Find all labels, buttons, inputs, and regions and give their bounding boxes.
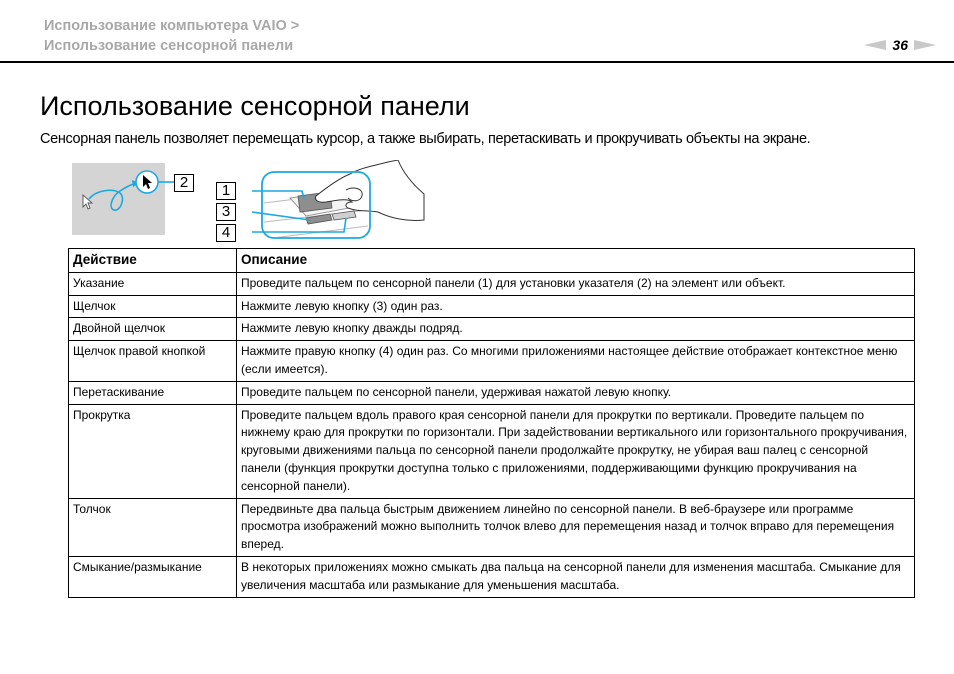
next-page-icon[interactable] [914,40,936,50]
column-header-description: Описание [237,249,915,273]
description-cell: Нажмите правую кнопку (4) один раз. Со м… [237,341,915,382]
action-cell: Щелчок правой кнопкой [69,341,237,382]
page-title: Использование сенсорной панели [40,89,470,123]
callout-1: 1 [216,182,236,200]
table-row: Прокрутка Проведите пальцем вдоль правог… [69,404,915,498]
header-divider [0,61,954,63]
table-row: Смыкание/размыкание В некоторых приложен… [69,556,915,597]
description-cell: Проведите пальцем вдоль правого края сен… [237,404,915,498]
touchpad-illustration: 2 1 3 4 [68,160,448,244]
callout-4: 4 [216,224,236,242]
table-row: Щелчок Нажмите левую кнопку (3) один раз… [69,295,915,318]
table-row: Указание Проведите пальцем по сенсорной … [69,272,915,295]
previous-page-icon[interactable] [864,40,886,50]
description-cell: Проведите пальцем по сенсорной панели (1… [237,272,915,295]
callout-2: 2 [174,174,194,192]
table-row: Двойной щелчок Нажмите левую кнопку дваж… [69,318,915,341]
intro-paragraph: Сенсорная панель позволяет перемещать ку… [40,129,810,149]
touchpad-diagram [68,160,448,244]
action-cell: Прокрутка [69,404,237,498]
page-number: 36 [892,37,908,53]
breadcrumb: Использование компьютера VAIO > Использо… [44,16,299,56]
callout-3: 3 [216,203,236,221]
table-row: Перетаскивание Проведите пальцем по сенс… [69,381,915,404]
description-cell: Нажмите левую кнопку (3) один раз. [237,295,915,318]
action-cell: Двойной щелчок [69,318,237,341]
description-cell: Проведите пальцем по сенсорной панели, у… [237,381,915,404]
action-cell: Щелчок [69,295,237,318]
breadcrumb-current: Использование сенсорной панели [44,36,299,56]
table-row: Щелчок правой кнопкой Нажмите правую кно… [69,341,915,382]
description-cell: Нажмите левую кнопку дважды подряд. [237,318,915,341]
action-cell: Смыкание/размыкание [69,556,237,597]
breadcrumb-parent[interactable]: Использование компьютера VAIO > [44,16,299,36]
column-header-action: Действие [69,249,237,273]
description-cell: В некоторых приложениях можно смыкать дв… [237,556,915,597]
page-navigator: 36 [864,36,936,54]
touchpad-actions-table: Действие Описание Указание Проведите пал… [68,248,915,598]
description-cell: Передвиньте два пальца быстрым движением… [237,498,915,556]
table-header-row: Действие Описание [69,249,915,273]
action-cell: Толчок [69,498,237,556]
right-button [332,211,356,220]
action-cell: Перетаскивание [69,381,237,404]
table-row: Толчок Передвиньте два пальца быстрым дв… [69,498,915,556]
action-cell: Указание [69,272,237,295]
